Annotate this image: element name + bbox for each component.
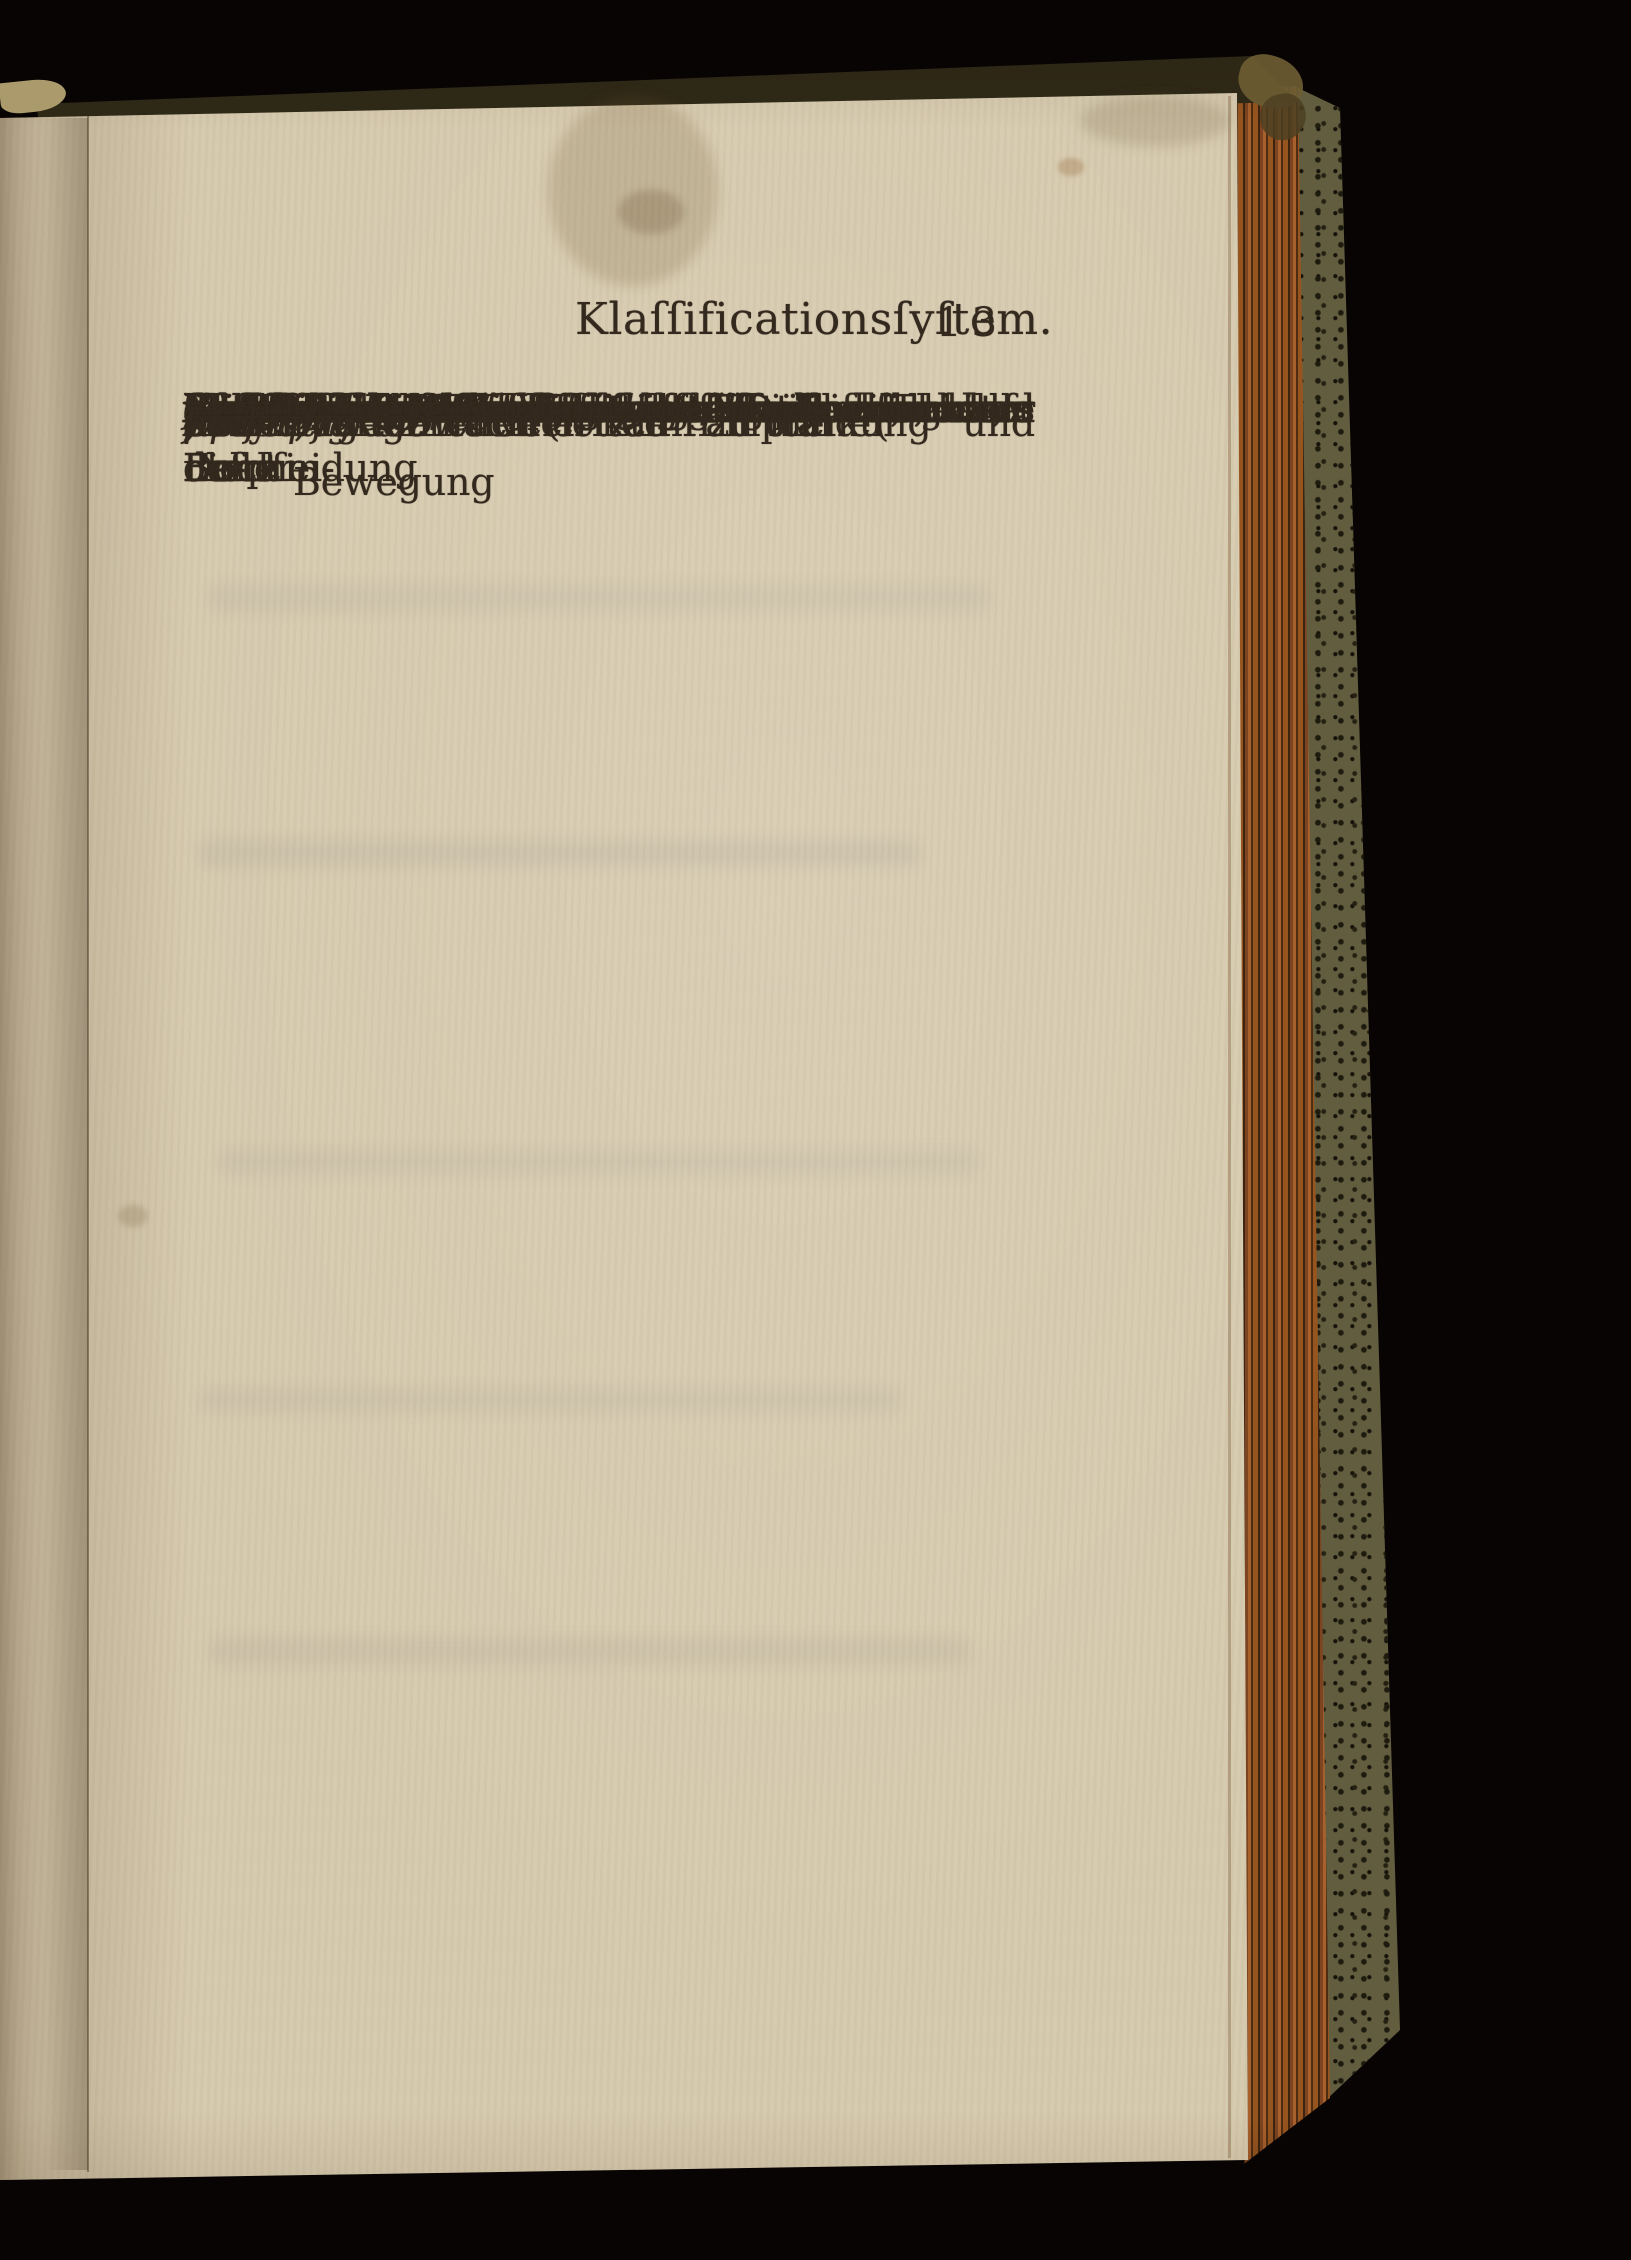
gutter-crease [87, 116, 89, 2172]
gutter-shadow [46, 118, 88, 2170]
book-scan: Klaſſificationsſyſtem. 13 menſchlichen K… [0, 0, 1631, 2260]
text-block: menſchlichen Körpers auf Empfindung und … [183, 380, 1035, 394]
page-header: Klaſſificationsſyſtem. 13 [183, 294, 1035, 354]
page-number: 13 [936, 300, 1007, 346]
page-edge-line [1228, 96, 1231, 2158]
catchword: ſänf- [183, 394, 348, 453]
